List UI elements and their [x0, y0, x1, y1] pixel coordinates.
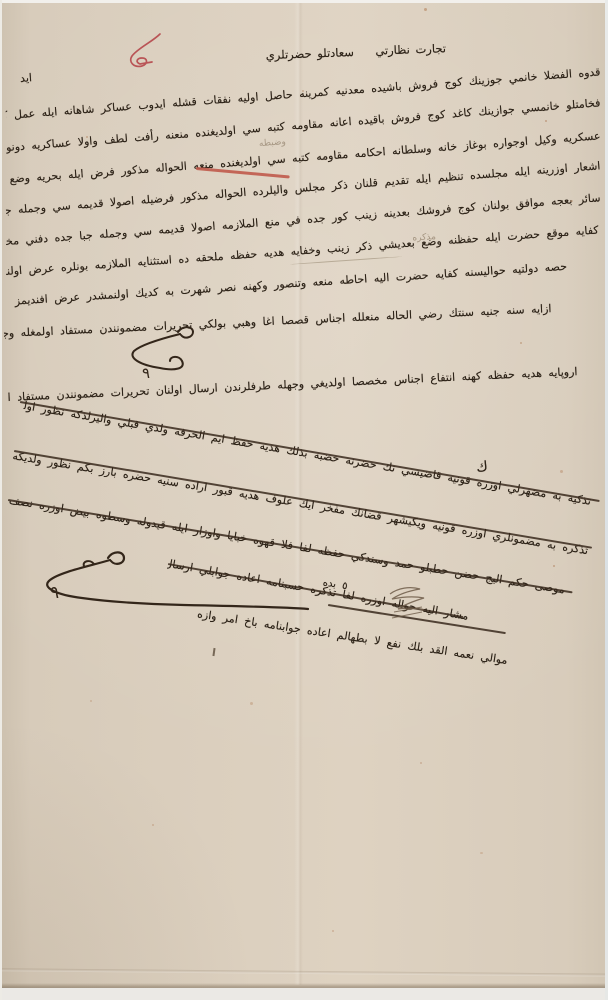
stray-ink-tick: [212, 648, 215, 656]
approval-flourish-2: ٩: [24, 542, 316, 617]
scan-backdrop: [0, 0, 2, 1000]
header-right-title: تجارت نظارتي: [366, 41, 446, 59]
header-left-title: سعادتلو حضرتلري: [270, 45, 354, 63]
scan-backdrop: [0, 0, 608, 3]
foxing-spot: [570, 200, 573, 202]
paraph-digit: ٩: [50, 583, 59, 603]
faded-pencil-note: وضبطه: [245, 135, 286, 153]
paper-bottom-crease: [0, 968, 608, 976]
paraph-digit: ٩: [142, 364, 150, 382]
crossed-line: تذكيه به مضهرلي اوزره قونيه قاضيسي نك حض…: [23, 398, 592, 509]
body-line: ازايه سنه جنيه سنتك رضي الحاله منعلله اج…: [4, 301, 552, 341]
foxing-spot: [152, 824, 154, 826]
foxing-spot: [420, 762, 422, 764]
isolated-letter-mark: ك: [465, 460, 488, 477]
foxing-spot: [86, 136, 88, 138]
faded-pencil-note: مذكره: [400, 230, 437, 247]
margin-word-fragment: ايد: [5, 70, 32, 87]
stamp-scribble: [384, 580, 434, 624]
foxing-spot: [332, 930, 334, 932]
foxing-spot: [480, 852, 483, 854]
approval-flourish-1: ٩: [120, 320, 204, 382]
foxing-spot: [90, 700, 92, 702]
foxing-spot: [302, 90, 304, 92]
foxing-spot: [545, 120, 547, 122]
manuscript-page: تجارت نظارتي سعادتلو حضرتلري ايد قدوه ال…: [0, 0, 608, 1000]
foxing-spot: [553, 565, 555, 567]
strikethrough-line: [20, 401, 600, 502]
foxing-spot: [250, 702, 253, 705]
red-paraph-mark: [118, 28, 174, 80]
foxing-spot: [424, 8, 427, 11]
foxing-spot: [560, 470, 563, 473]
scan-backdrop: [0, 988, 608, 1000]
foxing-spot: [520, 342, 522, 344]
body-line: اروپايه هديه حفظه كهنه انتفاع اجناس مخصص…: [8, 364, 578, 405]
